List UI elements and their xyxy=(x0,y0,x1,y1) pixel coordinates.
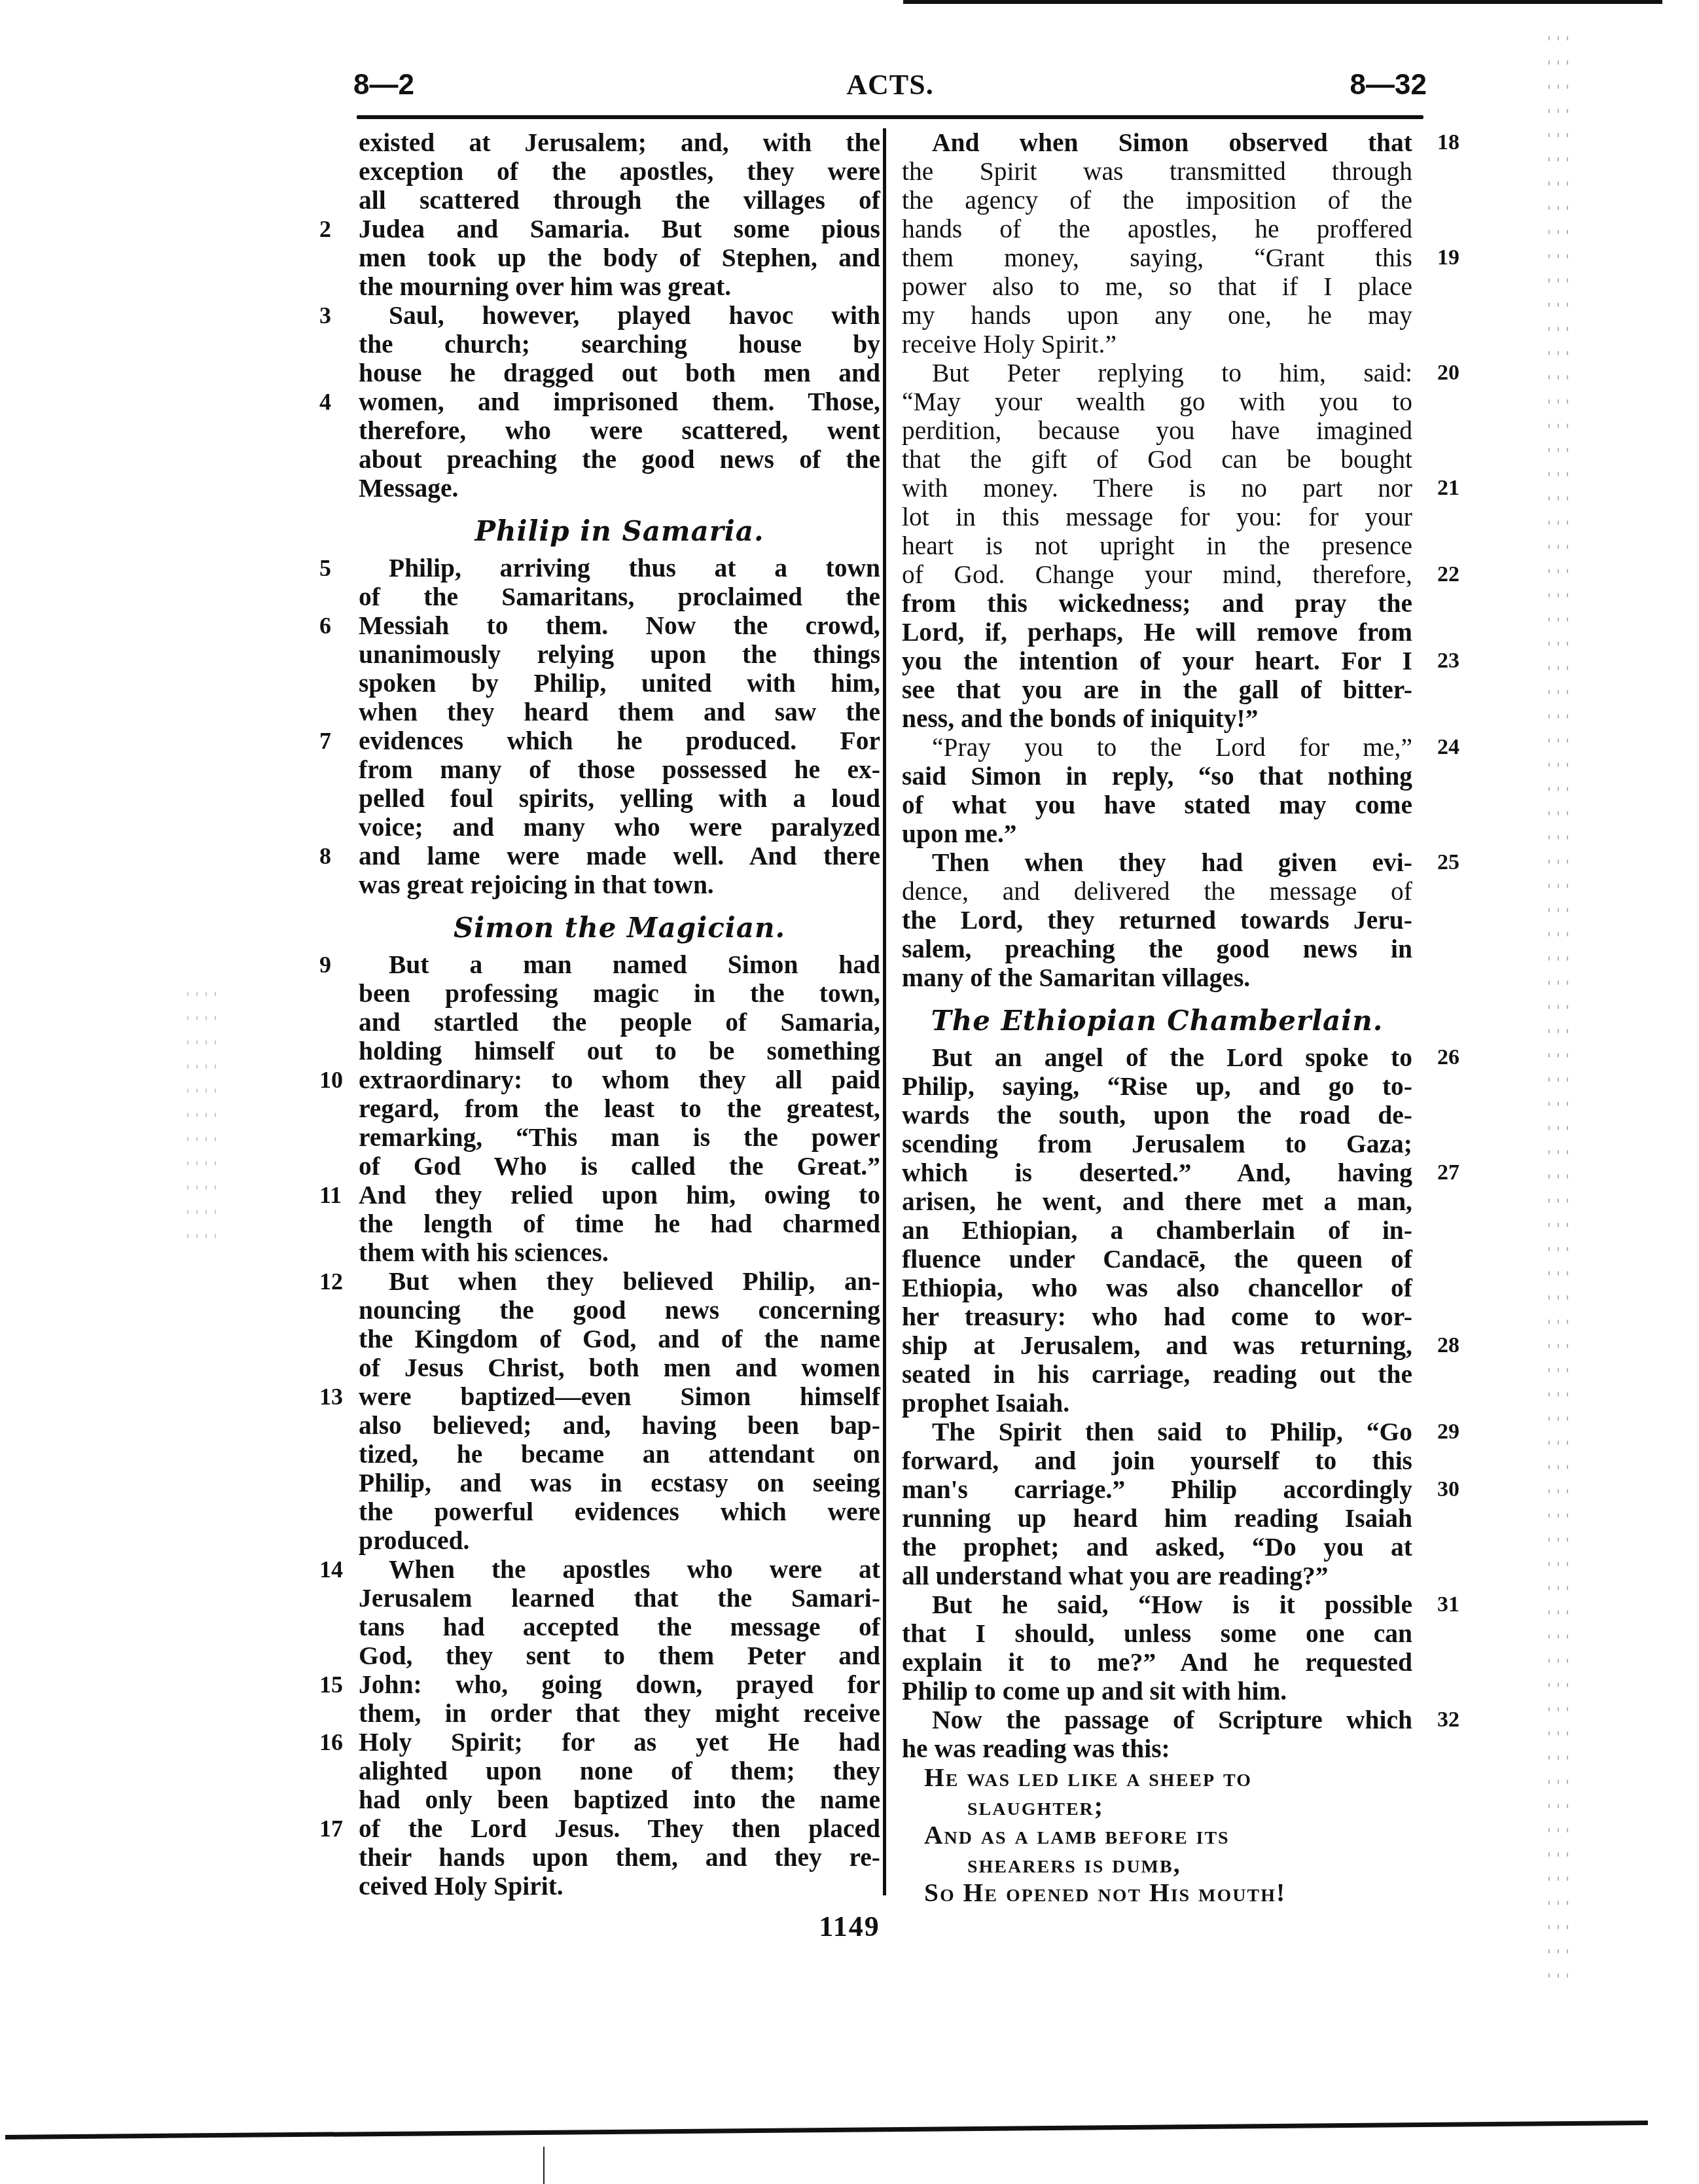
text-line: Judea and Samaria. But some pious2 xyxy=(359,215,880,243)
text-line: explain it to me?” And he requested xyxy=(902,1648,1412,1677)
text-line: seated in his carriage, reading out the xyxy=(902,1360,1412,1389)
line-text: from this wickedness; and pray the xyxy=(902,589,1412,618)
text-line: house he dragged out both men and xyxy=(359,359,880,387)
header-rule xyxy=(357,115,1423,119)
line-text: when they heard them and saw the xyxy=(359,698,880,726)
line-text: heart is not upright in the presence xyxy=(902,531,1412,560)
verse-number: 29 xyxy=(1437,1418,1459,1446)
text-line: lot in this message for you: for your xyxy=(902,503,1412,531)
text-line: Lord, if, perhaps, He will remove from xyxy=(902,618,1412,647)
text-line: was great rejoicing in that town. xyxy=(359,870,880,899)
text-line: Ethiopia, who was also chancellor of xyxy=(902,1274,1412,1302)
text-line: But a man named Simon had9 xyxy=(359,950,880,979)
text-line: heart is not upright in the presence xyxy=(902,531,1412,560)
text-line: Jerusalem learned that the Samari- xyxy=(359,1584,880,1613)
line-text: was great rejoicing in that town. xyxy=(359,870,714,899)
verse-number: 5 xyxy=(319,554,331,582)
text-line: John: who, going down, prayed for15 xyxy=(359,1670,880,1699)
line-text: But when they believed Philip, an- xyxy=(389,1267,880,1296)
section-heading: Simon the Magician. xyxy=(359,899,880,950)
text-line: women, and imprisoned them. Those,4 xyxy=(359,387,880,416)
line-text: see that you are in the gall of bitter- xyxy=(902,675,1412,704)
line-text: arisen, he went, and there met a man, xyxy=(902,1187,1412,1216)
verse-number: 2 xyxy=(319,215,331,243)
text-line: And when Simon observed that18 xyxy=(902,128,1412,157)
text-line: the Lord, they returned towards Jeru- xyxy=(902,906,1412,935)
section-heading: Philip in Samaria. xyxy=(359,503,880,554)
line-text: all scattered through the villages of xyxy=(359,186,880,215)
line-text: forward, and join yourself to this xyxy=(902,1446,1412,1475)
text-line: ship at Jerusalem, and was returning,28 xyxy=(902,1331,1412,1360)
line-text: receive Holy Spirit.” xyxy=(902,330,1117,359)
column-divider xyxy=(883,128,886,1895)
text-line: spoken by Philip, united with him, xyxy=(359,669,880,698)
line-text: all understand what you are reading?” xyxy=(902,1562,1328,1590)
scripture-quote-line: He was led like a sheep to xyxy=(902,1763,1412,1792)
text-line: therefore, who were scattered, went xyxy=(359,416,880,445)
text-line: my hands upon any one, he may xyxy=(902,301,1412,330)
scripture-quote-line: shearers is dumb, xyxy=(902,1850,1412,1878)
running-header: 8—2 ACTS. 8—32 xyxy=(353,62,1427,108)
line-text: said Simon in reply, “so that nothing xyxy=(902,762,1412,791)
text-line: tans had accepted the message of xyxy=(359,1613,880,1641)
text-line: said Simon in reply, “so that nothing xyxy=(902,762,1412,791)
text-line: the powerful evidences which were xyxy=(359,1497,880,1526)
text-line: also believed; and, having been bap- xyxy=(359,1411,880,1440)
line-text: power also to me, so that if I place xyxy=(902,272,1412,301)
verse-number: 8 xyxy=(319,842,331,870)
line-text: tized, he became an attendant on xyxy=(359,1440,880,1469)
line-text: lot in this message for you: for your xyxy=(902,503,1412,531)
line-text: which is deserted.” And, having xyxy=(902,1158,1412,1187)
line-text: men took up the body of Stephen, and xyxy=(359,243,880,272)
line-text: many of the Samaritan villages. xyxy=(902,963,1250,992)
verse-number: 21 xyxy=(1437,474,1459,503)
line-text: wards the south, upon the road de- xyxy=(902,1101,1412,1130)
line-text: the Spirit was transmitted through xyxy=(902,157,1412,186)
text-line: her treasury: who had come to wor- xyxy=(902,1302,1412,1331)
line-text: Now the passage of Scripture which xyxy=(932,1706,1412,1734)
text-line: And they relied upon him, owing to11 xyxy=(359,1181,880,1209)
verse-number: 3 xyxy=(319,301,331,330)
text-line: the mourning over him was great. xyxy=(359,272,880,301)
verse-number: 17 xyxy=(319,1814,343,1843)
line-text: he was reading was this: xyxy=(902,1734,1170,1763)
text-line: you the intention of your heart. For I23 xyxy=(902,647,1412,675)
text-line: them, in order that they might receive xyxy=(359,1699,880,1728)
line-text: the prophet; and asked, “Do you at xyxy=(902,1533,1412,1562)
scan-bottom-rule xyxy=(5,2121,1648,2139)
verse-number: 19 xyxy=(1437,243,1459,272)
line-text: Philip, and was in ecstasy on seeing xyxy=(359,1469,880,1497)
text-line: from many of those possessed he ex- xyxy=(359,755,880,784)
text-line: Now the passage of Scripture which32 xyxy=(902,1706,1412,1734)
line-text: Lord, if, perhaps, He will remove from xyxy=(902,618,1412,647)
text-line: had only been baptized into the name xyxy=(359,1785,880,1814)
line-text: spoken by Philip, united with him, xyxy=(359,669,880,698)
line-text: that the gift of God can be bought xyxy=(902,445,1412,474)
text-line: The Spirit then said to Philip, “Go29 xyxy=(902,1418,1412,1446)
verse-number: 25 xyxy=(1437,848,1459,877)
text-line: wards the south, upon the road de- xyxy=(902,1101,1412,1130)
text-line: tized, he became an attendant on xyxy=(359,1440,880,1469)
text-line: many of the Samaritan villages. xyxy=(902,963,1412,992)
text-line: ceived Holy Spirit. xyxy=(359,1872,880,1901)
line-text: But Peter replying to him, said: xyxy=(932,359,1412,387)
line-text: “May your wealth go with you to xyxy=(902,387,1412,416)
line-text: But a man named Simon had xyxy=(389,950,880,979)
scripture-quote-line: slaughter; xyxy=(902,1792,1412,1821)
line-text: that I should, unless some one can xyxy=(902,1619,1412,1648)
text-line: and lame were made well. And there8 xyxy=(359,842,880,870)
text-line: Philip, and was in ecstasy on seeing xyxy=(359,1469,880,1497)
line-text: extraordinary: to whom they all paid xyxy=(359,1065,880,1094)
text-line: arisen, he went, and there met a man, xyxy=(902,1187,1412,1216)
text-line: perdition, because you have imagined xyxy=(902,416,1412,445)
text-line: from this wickedness; and pray the xyxy=(902,589,1412,618)
text-line: dence, and delivered the message of xyxy=(902,877,1412,906)
text-line: God, they sent to them Peter and xyxy=(359,1641,880,1670)
line-text: the powerful evidences which were xyxy=(359,1497,880,1526)
text-line: about preaching the good news of the xyxy=(359,445,880,474)
text-line: been professing magic in the town, xyxy=(359,979,880,1008)
line-text: salem, preaching the good news in xyxy=(902,935,1412,963)
line-text: hands of the apostles, he proffered xyxy=(902,215,1412,243)
verse-number: 7 xyxy=(319,726,331,755)
verse-number: 27 xyxy=(1437,1158,1459,1187)
text-line: with money. There is no part nor21 xyxy=(902,474,1412,503)
line-text: perdition, because you have imagined xyxy=(902,416,1412,445)
text-line: of what you have stated may come xyxy=(902,791,1412,819)
header-chapter-verse-end: 8—32 xyxy=(1350,62,1427,108)
text-line: Philip, arriving thus at a town5 xyxy=(359,554,880,582)
line-text: dence, and delivered the message of xyxy=(902,877,1412,906)
line-text: been professing magic in the town, xyxy=(359,979,880,1008)
right-column: And when Simon observed that18the Spirit… xyxy=(902,128,1412,1907)
text-line: prophet Isaiah. xyxy=(902,1389,1412,1418)
line-text: of Jesus Christ, both men and women xyxy=(359,1353,880,1382)
text-line: Holy Spirit; for as yet He had16 xyxy=(359,1728,880,1757)
scan-edge-top-rule xyxy=(903,0,1662,4)
line-text: And they relied upon him, owing to xyxy=(359,1181,880,1209)
text-line: he was reading was this: xyxy=(902,1734,1412,1763)
line-text: man's carriage.” Philip accordingly xyxy=(902,1475,1412,1504)
line-text: them, in order that they might receive xyxy=(359,1699,880,1728)
text-line: scending from Jerusalem to Gaza; xyxy=(902,1130,1412,1158)
verse-number: 18 xyxy=(1437,128,1459,157)
text-line: But when they believed Philip, an-12 xyxy=(359,1267,880,1296)
text-line: man's carriage.” Philip accordingly30 xyxy=(902,1475,1412,1504)
line-text: ceived Holy Spirit. xyxy=(359,1872,563,1901)
line-text: Message. xyxy=(359,474,458,503)
text-line: Saul, however, played havoc with3 xyxy=(359,301,880,330)
line-text: the agency of the imposition of the xyxy=(902,186,1412,215)
line-text: upon me.” xyxy=(902,819,1017,848)
line-text: regard, from the least to the greatest, xyxy=(359,1094,880,1123)
text-line: of the Samaritans, proclaimed the xyxy=(359,582,880,611)
line-text: of God Who is called the Great.” xyxy=(359,1152,880,1181)
text-line: hands of the apostles, he proffered xyxy=(902,215,1412,243)
verse-number: 22 xyxy=(1437,560,1459,589)
line-text: But he said, “How is it possible xyxy=(932,1590,1412,1619)
text-line: “Pray you to the Lord for me,”24 xyxy=(902,733,1412,762)
line-text: her treasury: who had come to wor- xyxy=(902,1302,1412,1331)
line-text: of the Samaritans, proclaimed the xyxy=(359,582,880,611)
text-line: Then when they had given evi-25 xyxy=(902,848,1412,877)
text-line: forward, and join yourself to this xyxy=(902,1446,1412,1475)
line-text: the mourning over him was great. xyxy=(359,272,731,301)
line-text: of the Lord Jesus. They then placed xyxy=(359,1814,880,1843)
text-line: men took up the body of Stephen, and xyxy=(359,243,880,272)
line-text: But an angel of the Lord spoke to xyxy=(932,1043,1412,1072)
line-text: holding himself out to be something xyxy=(359,1037,880,1065)
text-line: extraordinary: to whom they all paid10 xyxy=(359,1065,880,1094)
line-text: Then when they had given evi- xyxy=(932,848,1412,877)
line-text: unanimously relying upon the things xyxy=(359,640,880,669)
text-line: unanimously relying upon the things xyxy=(359,640,880,669)
scan-noise-right xyxy=(1545,26,1571,1990)
line-text: prophet Isaiah. xyxy=(902,1389,1069,1418)
line-text: alighted upon none of them; they xyxy=(359,1757,880,1785)
line-text: the church; searching house by xyxy=(359,330,880,359)
text-line: salem, preaching the good news in xyxy=(902,935,1412,963)
text-line: that the gift of God can be bought xyxy=(902,445,1412,474)
text-line: holding himself out to be something xyxy=(359,1037,880,1065)
line-text: an Ethiopian, a chamberlain of in- xyxy=(902,1216,1412,1245)
text-line: voice; and many who were paralyzed xyxy=(359,813,880,842)
scripture-quote-line: And as a lamb before its xyxy=(902,1821,1412,1850)
text-line: But he said, “How is it possible31 xyxy=(902,1590,1412,1619)
verse-number: 6 xyxy=(319,611,331,640)
text-line: and startled the people of Samaria, xyxy=(359,1008,880,1037)
line-text: the Kingdom of God, and of the name xyxy=(359,1325,880,1353)
text-line: them with his sciences. xyxy=(359,1238,880,1267)
text-line: were baptized—even Simon himself13 xyxy=(359,1382,880,1411)
page-number: 1149 xyxy=(0,1910,1699,1943)
text-line: them money, saying, “Grant this19 xyxy=(902,243,1412,272)
line-text: house he dragged out both men and xyxy=(359,359,880,387)
text-line: which is deserted.” And, having27 xyxy=(902,1158,1412,1187)
text-line: of Jesus Christ, both men and women xyxy=(359,1353,880,1382)
text-line: But an angel of the Lord spoke to26 xyxy=(902,1043,1412,1072)
line-text: fluence under Candacē, the queen of xyxy=(902,1245,1412,1274)
line-text: Holy Spirit; for as yet He had xyxy=(359,1728,880,1757)
text-line: upon me.” xyxy=(902,819,1412,848)
line-text: women, and imprisoned them. Those, xyxy=(359,387,880,416)
verse-number: 11 xyxy=(319,1181,342,1209)
line-text: exception of the apostles, they were xyxy=(359,157,880,186)
line-text: Saul, however, played havoc with xyxy=(389,301,880,330)
text-line: power also to me, so that if I place xyxy=(902,272,1412,301)
text-line: the length of time he had charmed xyxy=(359,1209,880,1238)
scan-noise-left xyxy=(183,982,223,1244)
text-line: when they heard them and saw the xyxy=(359,698,880,726)
section-heading: The Ethiopian Chamberlain. xyxy=(902,992,1412,1043)
text-line: produced. xyxy=(359,1526,880,1555)
text-line: of God. Change your mind, therefore,22 xyxy=(902,560,1412,589)
verse-number: 13 xyxy=(319,1382,343,1411)
text-line: existed at Jerusalem; and, with the xyxy=(359,128,880,157)
verse-number: 14 xyxy=(319,1555,343,1584)
line-text: and startled the people of Samaria, xyxy=(359,1008,880,1037)
verse-number: 31 xyxy=(1437,1590,1459,1619)
line-text: produced. xyxy=(359,1526,469,1555)
line-text: the length of time he had charmed xyxy=(359,1209,880,1238)
line-text: about preaching the good news of the xyxy=(359,445,880,474)
line-text: my hands upon any one, he may xyxy=(902,301,1412,330)
text-line: of God Who is called the Great.” xyxy=(359,1152,880,1181)
verse-number: 30 xyxy=(1437,1475,1459,1504)
text-line: nouncing the good news concerning xyxy=(359,1296,880,1325)
left-column: existed at Jerusalem; and, with theexcep… xyxy=(359,128,880,1901)
text-line: Philip to come up and sit with him. xyxy=(902,1677,1412,1706)
text-line: the agency of the imposition of the xyxy=(902,186,1412,215)
line-text: of God. Change your mind, therefore, xyxy=(902,560,1412,589)
text-line: evidences which he produced. For7 xyxy=(359,726,880,755)
line-text: the Lord, they returned towards Jeru- xyxy=(902,906,1412,935)
line-text: nouncing the good news concerning xyxy=(359,1296,880,1325)
text-line: When the apostles who were at14 xyxy=(359,1555,880,1584)
line-text: had only been baptized into the name xyxy=(359,1785,880,1814)
verse-number: 28 xyxy=(1437,1331,1459,1360)
line-text: tans had accepted the message of xyxy=(359,1613,880,1641)
line-text: Judea and Samaria. But some pious xyxy=(359,215,880,243)
text-line: Message. xyxy=(359,474,880,503)
verse-number: 4 xyxy=(319,387,331,416)
text-line: fluence under Candacē, the queen of xyxy=(902,1245,1412,1274)
verse-number: 26 xyxy=(1437,1043,1459,1072)
line-text: them with his sciences. xyxy=(359,1238,609,1267)
text-line: an Ethiopian, a chamberlain of in- xyxy=(902,1216,1412,1245)
scripture-quote-line: So He opened not His mouth! xyxy=(902,1878,1412,1907)
line-text: Philip to come up and sit with him. xyxy=(902,1677,1287,1706)
text-line: of the Lord Jesus. They then placed17 xyxy=(359,1814,880,1843)
text-line: But Peter replying to him, said:20 xyxy=(902,359,1412,387)
line-text: Philip, arriving thus at a town xyxy=(389,554,880,582)
text-line: running up heard him reading Isaiah xyxy=(902,1504,1412,1533)
verse-number: 24 xyxy=(1437,733,1459,762)
line-text: Philip, saying, “Rise up, and go to- xyxy=(902,1072,1412,1101)
line-text: “Pray you to the Lord for me,” xyxy=(932,733,1412,762)
line-text: seated in his carriage, reading out the xyxy=(902,1360,1412,1389)
line-text: John: who, going down, prayed for xyxy=(359,1670,880,1699)
line-text: ship at Jerusalem, and was returning, xyxy=(902,1331,1412,1360)
line-text: running up heard him reading Isaiah xyxy=(902,1504,1412,1533)
text-line: the prophet; and asked, “Do you at xyxy=(902,1533,1412,1562)
text-line: see that you are in the gall of bitter- xyxy=(902,675,1412,704)
line-text: explain it to me?” And he requested xyxy=(902,1648,1412,1677)
line-text: of what you have stated may come xyxy=(902,791,1412,819)
line-text: pelled foul spirits, yelling with a loud xyxy=(359,784,880,813)
line-text: God, they sent to them Peter and xyxy=(359,1641,880,1670)
scan-bottom-tick xyxy=(543,2147,545,2184)
line-text: ness, and the bonds of iniquity!” xyxy=(902,704,1258,733)
verse-number: 9 xyxy=(319,950,331,979)
verse-number: 12 xyxy=(319,1267,343,1296)
line-text: Ethiopia, who was also chancellor of xyxy=(902,1274,1412,1302)
line-text: voice; and many who were paralyzed xyxy=(359,813,880,842)
verse-number: 32 xyxy=(1437,1706,1459,1734)
line-text: existed at Jerusalem; and, with the xyxy=(359,128,880,157)
line-text: scending from Jerusalem to Gaza; xyxy=(902,1130,1412,1158)
line-text: Messiah to them. Now the crowd, xyxy=(359,611,880,640)
verse-number: 20 xyxy=(1437,359,1459,387)
line-text: And when Simon observed that xyxy=(932,128,1412,157)
text-line: alighted upon none of them; they xyxy=(359,1757,880,1785)
text-line: the Spirit was transmitted through xyxy=(902,157,1412,186)
header-book-title: ACTS. xyxy=(353,62,1427,108)
text-line: remarking, “This man is the power xyxy=(359,1123,880,1152)
text-line: ness, and the bonds of iniquity!” xyxy=(902,704,1412,733)
line-text: remarking, “This man is the power xyxy=(359,1123,880,1152)
text-line: the church; searching house by xyxy=(359,330,880,359)
line-text: The Spirit then said to Philip, “Go xyxy=(932,1418,1412,1446)
line-text: were baptized—even Simon himself xyxy=(359,1382,880,1411)
line-text: their hands upon them, and they re- xyxy=(359,1843,880,1872)
line-text: you the intention of your heart. For I xyxy=(902,647,1412,675)
line-text: and lame were made well. And there xyxy=(359,842,880,870)
line-text: them money, saying, “Grant this xyxy=(902,243,1412,272)
text-line: that I should, unless some one can xyxy=(902,1619,1412,1648)
text-line: all understand what you are reading?” xyxy=(902,1562,1412,1590)
line-text: also believed; and, having been bap- xyxy=(359,1411,880,1440)
line-text: Jerusalem learned that the Samari- xyxy=(359,1584,880,1613)
text-line: the Kingdom of God, and of the name xyxy=(359,1325,880,1353)
text-line: regard, from the least to the greatest, xyxy=(359,1094,880,1123)
text-line: “May your wealth go with you to xyxy=(902,387,1412,416)
verse-number: 15 xyxy=(319,1670,343,1699)
line-text: with money. There is no part nor xyxy=(902,474,1412,503)
line-text: from many of those possessed he ex- xyxy=(359,755,880,784)
line-text: evidences which he produced. For xyxy=(359,726,880,755)
text-line: all scattered through the villages of xyxy=(359,186,880,215)
line-text: When the apostles who were at xyxy=(389,1555,880,1584)
text-line: their hands upon them, and they re- xyxy=(359,1843,880,1872)
text-line: pelled foul spirits, yelling with a loud xyxy=(359,784,880,813)
text-line: Philip, saying, “Rise up, and go to- xyxy=(902,1072,1412,1101)
text-line: exception of the apostles, they were xyxy=(359,157,880,186)
verse-number: 23 xyxy=(1437,647,1459,675)
text-line: receive Holy Spirit.” xyxy=(902,330,1412,359)
text-line: Messiah to them. Now the crowd,6 xyxy=(359,611,880,640)
line-text: therefore, who were scattered, went xyxy=(359,416,880,445)
verse-number: 10 xyxy=(319,1065,343,1094)
verse-number: 16 xyxy=(319,1728,343,1757)
